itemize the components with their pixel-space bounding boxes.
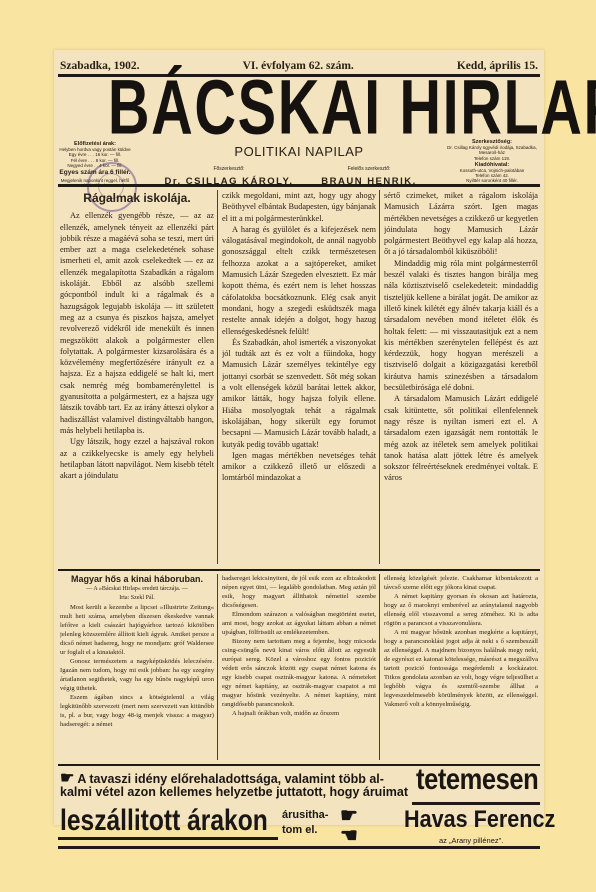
article2-author: Irta: Szekl Pál. — [60, 594, 214, 603]
office-line: Nyilttér soronként 40 fillér. — [446, 178, 538, 183]
merchant-name: Havas Ferencz — [404, 806, 555, 834]
paragraph: És Szabadkán, ahol ismerték a viszonyoka… — [222, 337, 376, 450]
office-line: Telefon szám 119. — [446, 156, 538, 161]
paragraph: Most került a kezembe a lipcsei »Illustr… — [60, 603, 214, 657]
office-line: Dr. Csillag Károly ügyvédi irodája, Szab… — [446, 145, 538, 155]
article2-title: Magyar hős a kinai háboruban. — [60, 575, 214, 584]
ad-reduced-prices: leszállitott árakon — [60, 804, 268, 838]
single-issue-price: Egyes szám ára 6 fillér. — [56, 170, 134, 175]
paragraph: hadsereget lekicsinyiteni, de jól esik e… — [222, 574, 376, 610]
paragraph: A mi magyar hősünk azonban megkérte a ka… — [384, 628, 538, 709]
ad-rule-bottom — [58, 846, 540, 849]
editor-in-chief-role: Főszerkesztő: — [164, 166, 294, 172]
article1-column-2: czikk megoldani, mint azt, hogy ugy ahog… — [222, 190, 376, 566]
paragraph: Bizony nem tartottam meg a fejembe, hogy… — [222, 637, 376, 709]
article2-subtitle: — A »Bácskai Hirlap« eredeti tárczája. — — [60, 585, 214, 594]
paragraph: A harag és gyülölet és a kifejezések nem… — [222, 224, 376, 337]
ad-underline — [58, 837, 278, 840]
paragraph: Eszem ágában sincs a kötségtelenül a vil… — [60, 693, 214, 729]
paragraph: A hajnali órákban volt, midőn az őrszem — [222, 709, 376, 718]
newspaper-page: Szabadka, 1902. VI. évfolyam 62. szám. K… — [54, 50, 544, 825]
paragraph: Az ellenzék gyengébb része, — az az elle… — [60, 210, 214, 436]
responsible-editor-role: Felelős szerkesztő: — [309, 166, 429, 172]
paragraph: Gonosz természetem a nagyképüsködés lele… — [60, 657, 214, 693]
paragraph: Ugy látszik, hogy ezzel a hajszával roko… — [60, 436, 214, 481]
article2-column-2: hadsereget lekicsinyiteni, de jól esik e… — [222, 574, 376, 762]
paragraph: Igen magas mértékben nevetséges tehát am… — [222, 450, 376, 484]
article1-column-3: sértő czimeket, miket a rágalom iskolája… — [384, 190, 538, 566]
newspaper-title: BÁCSKAI HIRLAP — [108, 76, 490, 139]
ad-text: árusitha- — [282, 808, 328, 823]
column-divider — [217, 190, 218, 564]
article1-column-1: Rágalmak iskolája. Az ellenzék gyengébb … — [60, 190, 214, 566]
article1-title: Rágalmak iskolája. — [60, 193, 214, 204]
paragraph: ellenség közelgését jelezte. Csakhamar k… — [384, 574, 538, 592]
ad-tetemesen: tetemesen — [416, 763, 538, 797]
merchant-shop: az „Arany pillénez". — [439, 836, 503, 845]
paragraph: Elmondom szárazon a valóságban megtörtén… — [222, 610, 376, 637]
column-divider — [379, 190, 380, 564]
article2-column-1: Magyar hős a kinai háboruban. — A »Bácsk… — [60, 574, 214, 762]
ad-text: A tavaszi idény előrehaladottsága, valam… — [77, 772, 384, 786]
ad-underline — [412, 802, 540, 805]
paragraph: czikk megoldani, mint azt, hogy ugy ahog… — [222, 190, 376, 224]
article2-column-3: ellenség közelgését jelezte. Csakhamar k… — [384, 574, 538, 762]
ad-text: tom el. — [282, 823, 328, 838]
pointing-hand-icon: ☛☚ — [340, 806, 358, 846]
column-divider — [379, 574, 380, 760]
paragraph: Mindaddig mig róla mint polgármesterről … — [384, 258, 538, 394]
ad-line-2: kalmi vétel azon kellemes helyzetbe jutt… — [60, 785, 408, 799]
paragraph: sértő czimeket, miket a rágalom iskolája… — [384, 190, 538, 258]
office-box: Szerkesztőség: Dr. Csillag Károly ügyvéd… — [446, 140, 538, 184]
paragraph: A német kapitány gyorsan és okosan azt h… — [384, 592, 538, 628]
masthead-rule — [58, 184, 540, 187]
column-divider — [217, 574, 218, 760]
section-rule — [58, 569, 540, 571]
subscription-line: Negyed évre . . 4 kor. — fill. — [56, 163, 134, 168]
ad-can-sell: árusitha- tom el. — [282, 808, 328, 838]
paragraph: A társadalom Mamusich Lázárt eddigelé cs… — [384, 393, 538, 483]
